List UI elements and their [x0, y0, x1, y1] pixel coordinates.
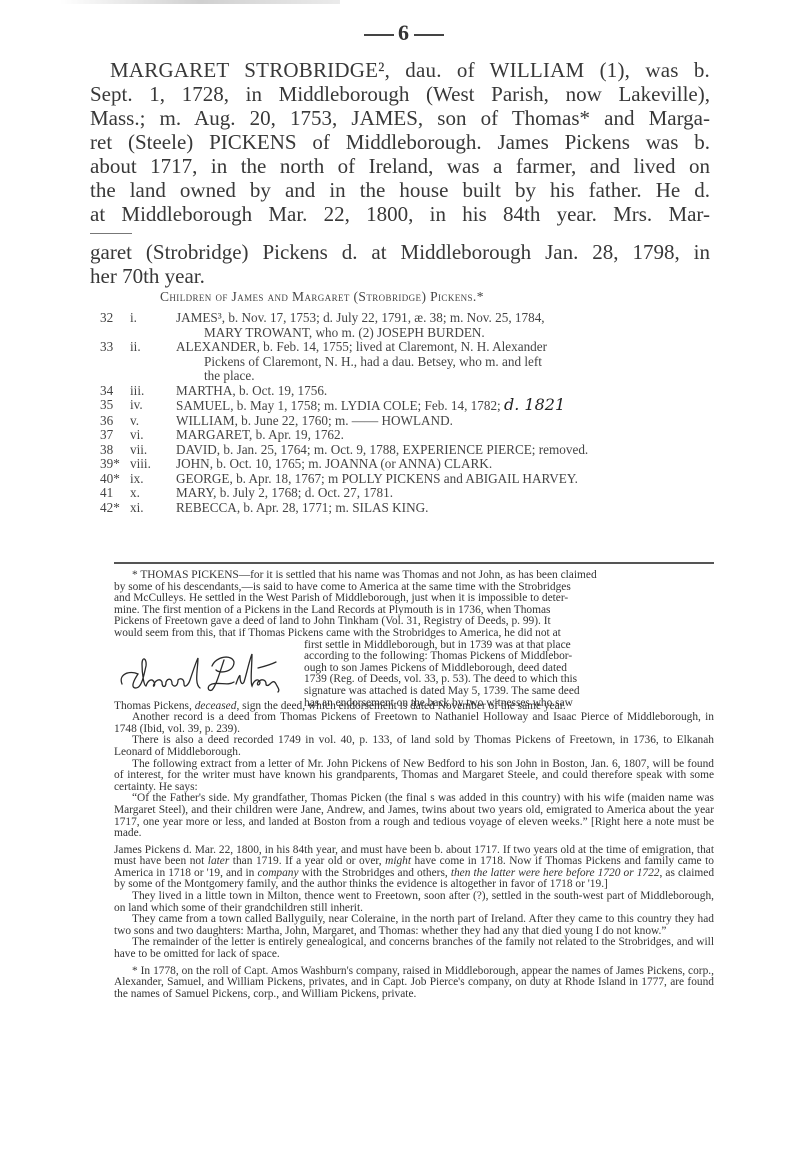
text-run: Thomas Pickens, — [114, 700, 195, 712]
child-text-cont: MARY TROWANT, who m. (2) JOSEPH BURDEN. — [204, 326, 720, 341]
child-ordinal: vi. — [130, 428, 170, 443]
child-ordinal: v. — [130, 414, 170, 429]
footnote-paragraph: The remainder of the letter is entirely … — [114, 937, 714, 960]
child-number: 37 — [100, 428, 126, 443]
main-line: the land owned by and in the house built… — [90, 178, 710, 202]
footnotes: * THOMAS PICKENS—for it is settled that … — [114, 570, 714, 1000]
footnote-paragraph: * In 1778, on the roll of Capt. Amos Was… — [114, 966, 714, 1001]
footnote-quote: “Of the Father's side. My grandfather, T… — [114, 793, 714, 839]
child-text: WILLIAM, b. June 22, 1760; m. —— HOWLAND… — [176, 414, 720, 429]
main-line: ret (Steele) PICKENS of Middleborough. J… — [90, 130, 710, 154]
footnote-line: would seem from this, that if Thomas Pic… — [114, 628, 714, 640]
child-ordinal: ii. — [130, 340, 170, 355]
handwritten-annotation: d. 1821 — [504, 395, 565, 414]
italic-run: later — [208, 855, 230, 867]
children-heading: Children of James and Margaret (Strobrid… — [160, 289, 720, 305]
italic-run: company — [257, 867, 298, 879]
child-ordinal: iii. — [130, 384, 170, 399]
footnote-divider — [114, 562, 714, 564]
child-text: REBECCA, b. Apr. 28, 1771; m. SILAS KING… — [176, 501, 720, 516]
italic-run: then the latter were here before 1720 or… — [451, 867, 660, 879]
child-text: ALEXANDER, b. Feb. 14, 1755; lived at Cl… — [176, 340, 720, 355]
child-number: 38 — [100, 443, 126, 458]
child-ordinal: vii. — [130, 443, 170, 458]
scanned-page: 6 MARGARET STROBRIDGE², dau. of WILLIAM … — [0, 0, 808, 1172]
main-line: Mass.; m. Aug. 20, 1753, JAMES, son of T… — [90, 106, 710, 130]
main-line: Sept. 1, 1728, in Middleborough (West Pa… — [90, 82, 710, 106]
main-line: at Middleborough Mar. 22, 1800, in his 8… — [90, 202, 710, 226]
child-ordinal: ix. — [130, 472, 170, 487]
footnote-line: signature was attached is dated May 5, 1… — [304, 686, 714, 698]
child-number: 35 — [100, 398, 126, 413]
child-text-cont: Pickens of Claremont, N. H., had a dau. … — [204, 355, 720, 370]
child-text: DAVID, b. Jan. 25, 1764; m. Oct. 9, 1788… — [176, 443, 720, 458]
child-ordinal: x. — [130, 486, 170, 501]
signature-side-text: first settle in Middleborough, but in 17… — [304, 640, 714, 710]
footnote-line: has an endorsement on the back by two wi… — [304, 698, 714, 710]
footnote-paragraph: They lived in a little town in Milton, t… — [114, 891, 714, 914]
child-number: 39* — [100, 457, 126, 472]
child-entry: 41 x. MARY, b. July 2, 1768; d. Oct. 27,… — [100, 486, 720, 501]
child-entry: 32 i. JAMES³, b. Nov. 17, 1753; d. July … — [100, 311, 720, 340]
main-line: her 70th year. — [90, 264, 710, 288]
text-run: with the Strobridges and others, — [299, 867, 451, 879]
page-number: 6 — [0, 20, 808, 46]
child-text-cont: the place. — [204, 369, 720, 384]
text-run: than 1719. If a year old or over, — [229, 855, 385, 867]
child-entry: 38 vii. DAVID, b. Jan. 25, 1764; m. Oct.… — [100, 443, 720, 458]
signature-image — [116, 644, 306, 700]
child-number: 42* — [100, 501, 126, 516]
signature-block: first settle in Middleborough, but in 17… — [114, 640, 714, 701]
child-text-main: SAMUEL, b. May 1, 1758; m. LYDIA COLE; F… — [176, 398, 501, 413]
footnote-paragraph: The following extract from a letter of M… — [114, 759, 714, 794]
main-line: garet (Strobridge) Pickens d. at Middleb… — [90, 240, 710, 264]
child-number: 41 — [100, 486, 126, 501]
child-ordinal: xi. — [130, 501, 170, 516]
main-line: about 1717, in the north of Ireland, was… — [90, 154, 710, 178]
child-number: 36 — [100, 414, 126, 429]
footnote-line: * THOMAS PICKENS—for it is settled that … — [114, 570, 714, 582]
child-text: GEORGE, b. Apr. 18, 1767; m POLLY PICKEN… — [176, 472, 720, 487]
main-paragraph-lines: MARGARET STROBRIDGE², dau. of WILLIAM (1… — [90, 58, 710, 288]
child-text: JOHN, b. Oct. 10, 1765; m. JOANNA (or AN… — [176, 457, 720, 472]
italic-run: might — [385, 855, 411, 867]
dash-right — [414, 34, 444, 36]
page-number-value: 6 — [398, 20, 410, 45]
scan-artifact — [60, 0, 340, 4]
child-ordinal: i. — [130, 311, 170, 326]
child-ordinal: iv. — [130, 398, 170, 413]
italic-run: deceased — [195, 700, 237, 712]
child-entry: 34 iii. MARTHA, b. Oct. 19, 1756. — [100, 384, 720, 399]
child-entry: 36 v. WILLIAM, b. June 22, 1760; m. —— H… — [100, 414, 720, 429]
child-entry: 39* viii. JOHN, b. Oct. 10, 1765; m. JOA… — [100, 457, 720, 472]
child-entry: 40* ix. GEORGE, b. Apr. 18, 1767; m POLL… — [100, 472, 720, 487]
child-text: MARY, b. July 2, 1768; d. Oct. 27, 1781. — [176, 486, 720, 501]
child-number: 33 — [100, 340, 126, 355]
children-list: 32 i. JAMES³, b. Nov. 17, 1753; d. July … — [100, 311, 720, 515]
child-text: MARTHA, b. Oct. 19, 1756. — [176, 384, 720, 399]
main-line: MARGARET STROBRIDGE², dau. of WILLIAM (1… — [110, 58, 710, 82]
dash-left — [364, 34, 394, 36]
child-text: JAMES³, b. Nov. 17, 1753; d. July 22, 17… — [176, 311, 720, 326]
child-ordinal: viii. — [130, 457, 170, 472]
footnote-paragraph: There is also a deed recorded 1749 in vo… — [114, 735, 714, 758]
footnote-paragraph: They came from a town called Ballyguily,… — [114, 914, 714, 937]
child-entry: 35 iv. SAMUEL, b. May 1, 1758; m. LYDIA … — [100, 398, 720, 414]
child-entry: 42* xi. REBECCA, b. Apr. 28, 1771; m. SI… — [100, 501, 720, 516]
footnote-paragraph: Another record is a deed from Thomas Pic… — [114, 712, 714, 735]
footnote-paragraph: James Pickens d. Mar. 22, 1800, in his 8… — [114, 845, 714, 891]
page-break-rule — [90, 233, 132, 234]
child-number: 40* — [100, 472, 126, 487]
child-number: 32 — [100, 311, 126, 326]
child-entry: 33 ii. ALEXANDER, b. Feb. 14, 1755; live… — [100, 340, 720, 384]
child-text: SAMUEL, b. May 1, 1758; m. LYDIA COLE; F… — [176, 398, 720, 414]
footnote-line: according to the following: Thomas Picke… — [304, 651, 714, 663]
child-number: 34 — [100, 384, 126, 399]
child-text: MARGARET, b. Apr. 19, 1762. — [176, 428, 720, 443]
child-entry: 37 vi. MARGARET, b. Apr. 19, 1762. — [100, 428, 720, 443]
